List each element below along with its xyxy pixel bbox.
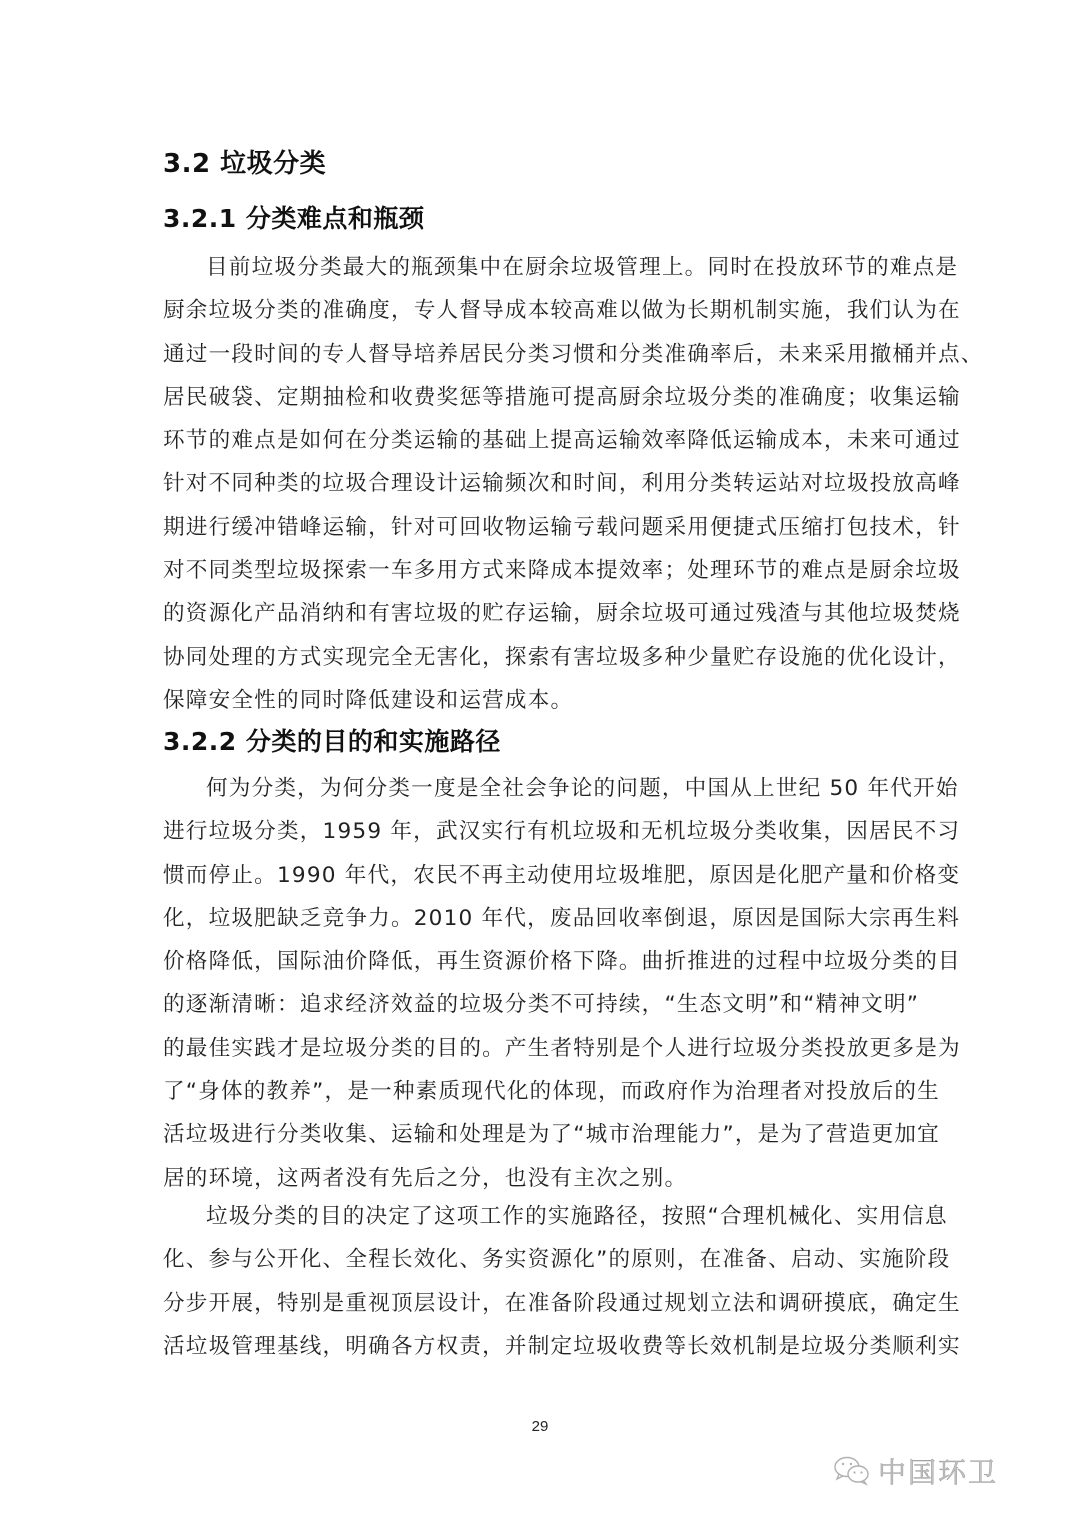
paragraph-line: 居的环境，这两者没有先后之分，也没有主次之别。 [163,1157,923,1200]
paragraph-1: 目前垃圾分类最大的瓶颈集中在厨余垃圾管理上。同时在投放环节的难点是 厨余垃圾分类… [163,246,923,722]
paragraph-line: 的资源化产品消纳和有害垃圾的贮存运输，厨余垃圾可通过残渣与其他垃圾焚烧 [163,592,923,635]
paragraph-line: 协同处理的方式实现完全无害化，探索有害垃圾多种少量贮存设施的优化设计， [163,636,923,679]
paragraph-3: 垃圾分类的目的决定了这项工作的实施路径，按照“合理机械化、实用信息 化、参与公开… [163,1195,923,1368]
page-number: 29 [0,1418,1080,1435]
paragraph-line: 居民破袋、定期抽检和收费奖惩等措施可提高厨余垃圾分类的准确度；收集运输 [163,376,923,419]
paragraph-line: 分步开展，特别是重视顶层设计，在准备阶段通过规划立法和调研摸底，确定生 [163,1282,923,1325]
paragraph-line: 保障安全性的同时降低建设和运营成本。 [163,679,923,722]
subsection-heading-1: 3.2.1 分类难点和瓶颈 [163,199,424,235]
paragraph-line: 进行垃圾分类，1959 年，武汉实行有机垃圾和无机垃圾分类收集，因居民不习 [163,810,923,853]
paragraph-line: 惯而停止。1990 年代，农民不再主动使用垃圾堆肥，原因是化肥产量和价格变 [163,854,923,897]
document-page: 3.2 垃圾分类 3.2.1 分类难点和瓶颈 目前垃圾分类最大的瓶颈集中在厨余垃… [0,0,1080,1527]
paragraph-line: 环节的难点是如何在分类运输的基础上提高运输效率降低运输成本，未来可通过 [163,419,923,462]
paragraph-line: 厨余垃圾分类的准确度，专人督导成本较高难以做为长期机制实施，我们认为在 [163,289,923,332]
paragraph-line: 针对不同种类的垃圾合理设计运输频次和时间，利用分类转运站对垃圾投放高峰 [163,462,923,505]
wechat-icon [832,1455,872,1487]
paragraph-line: 价格降低，国际油价降低，再生资源价格下降。曲折推进的过程中垃圾分类的目 [163,940,923,983]
paragraph-line: 活垃圾进行分类收集、运输和处理是为了“城市治理能力”，是为了营造更加宜 [163,1113,923,1156]
paragraph-line: 垃圾分类的目的决定了这项工作的实施路径，按照“合理机械化、实用信息 [163,1195,923,1238]
paragraph-2: 何为分类，为何分类一度是全社会争论的问题，中国从上世纪 50 年代开始 进行垃圾… [163,767,923,1200]
paragraph-line: 了“身体的教养”，是一种素质现代化的体现，而政府作为治理者对投放后的生 [163,1070,923,1113]
paragraph-line: 活垃圾管理基线，明确各方权责，并制定垃圾收费等长效机制是垃圾分类顺利实 [163,1325,923,1368]
subsection-heading-2: 3.2.2 分类的目的和实施路径 [163,722,501,758]
paragraph-line: 化、参与公开化、全程长效化、务实资源化”的原则，在准备、启动、实施阶段 [163,1238,923,1281]
paragraph-line: 的逐渐清晰：追求经济效益的垃圾分类不可持续，“生态文明”和“精神文明” [163,983,923,1026]
watermark: 中国环卫 [832,1451,998,1491]
paragraph-line: 化，垃圾肥缺乏竞争力。2010 年代，废品回收率倒退，原因是国际大宗再生料 [163,897,923,940]
watermark-text: 中国环卫 [878,1451,998,1491]
paragraph-line: 的最佳实践才是垃圾分类的目的。产生者特别是个人进行垃圾分类投放更多是为 [163,1027,923,1070]
paragraph-line: 对不同类型垃圾探索一车多用方式来降成本提效率；处理环节的难点是厨余垃圾 [163,549,923,592]
paragraph-line: 何为分类，为何分类一度是全社会争论的问题，中国从上世纪 50 年代开始 [163,767,923,810]
section-heading: 3.2 垃圾分类 [163,143,326,180]
paragraph-line: 期进行缓冲错峰运输，针对可回收物运输亏载问题采用便捷式压缩打包技术，针 [163,506,923,549]
paragraph-line: 通过一段时间的专人督导培养居民分类习惯和分类准确率后，未来采用撤桶并点、 [163,333,923,376]
paragraph-line: 目前垃圾分类最大的瓶颈集中在厨余垃圾管理上。同时在投放环节的难点是 [163,246,923,289]
